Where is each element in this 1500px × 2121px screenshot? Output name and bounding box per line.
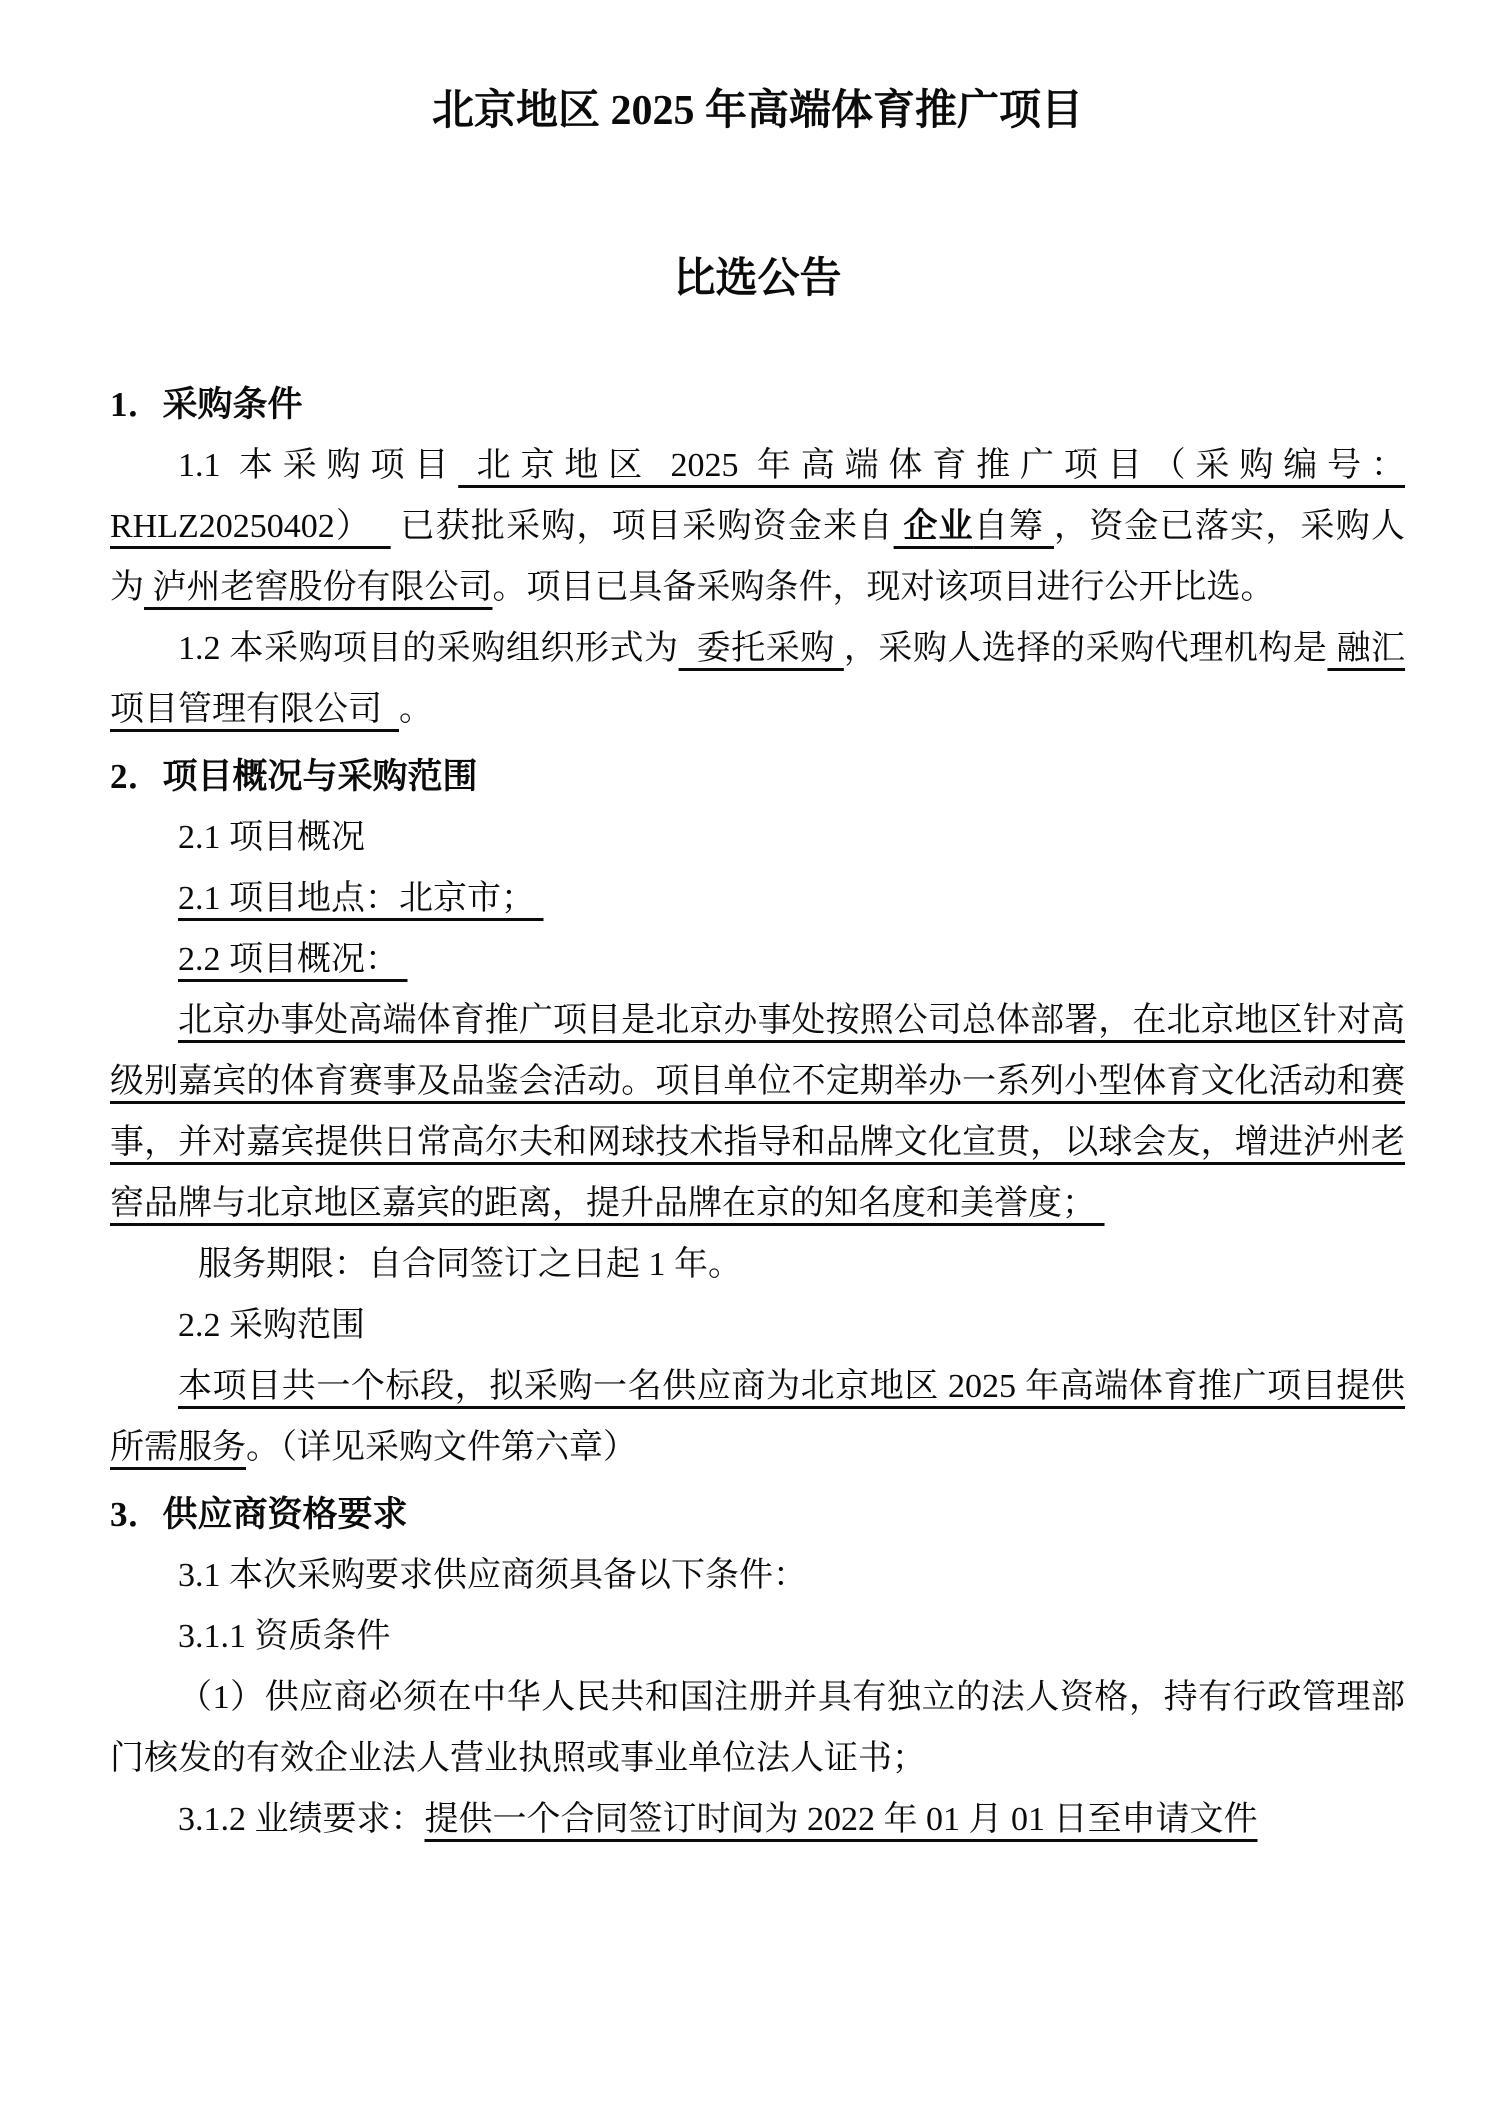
text-run-underlined: 2.2 项目概况： [178,941,408,978]
section-2-heading: 2．项目概况与采购范围 [110,746,1405,807]
text-run-underlined: 提供一个合同签订时间为 2022 年 01 月 01 日至申请文件 [425,1801,1258,1838]
para-3-1-2: 3.1.2 业绩要求：提供一个合同签订时间为 2022 年 01 月 01 日至… [110,1789,1405,1850]
para-3-1: 3.1 本次采购要求供应商须具备以下条件： [110,1545,1405,1606]
doc-title: 北京地区 2025 年高端体育推广项目 [110,86,1405,136]
text-run: 。（详见采购文件第六章） [246,1429,637,1466]
text-run: 。项目已具备采购条件，现对该项目进行公开比选。 [493,569,1275,606]
text-run: ，采购人选择的采购代理机构是 [844,630,1328,667]
para-3-1-1: 3.1.1 资质条件 [110,1606,1405,1667]
doc-subtitle: 比选公告 [110,254,1405,304]
para-2-2-scope-label: 2.2 采购范围 [110,1295,1405,1356]
para-3-1-1-item-1: （1）供应商必须在中华人民共和国注册并具有独立的法人资格，持有行政管理部门核发的… [110,1667,1405,1789]
section-1-heading: 1．采购条件 [110,374,1405,435]
para-service-period: 服务期限：自合同签订之日起 1 年。 [110,1234,1405,1295]
text-run: 1.2 本采购项目的采购组织形式为 [178,630,679,667]
para-2-1-overview-label: 2.1 项目概况 [110,807,1405,868]
para-project-overview: 北京办事处高端体育推广项目是北京办事处按照公司总体部署，在北京地区针对高级别嘉宾… [110,990,1405,1234]
text-run-underlined: 委托采购 [679,630,844,667]
para-2-2-overview-heading: 2.2 项目概况： [110,929,1405,990]
document-page: 北京地区 2025 年高端体育推广项目 比选公告 1．采购条件 1.1 本采购项… [0,0,1500,2121]
text-run-underlined: 泸州老窖股份有限公司 [144,569,493,606]
para-procurement-scope: 本项目共一个标段，拟采购一名供应商为北京地区 2025 年高端体育推广项目提供所… [110,1356,1405,1478]
section-3-heading: 3．供应商资格要求 [110,1484,1405,1545]
text-run: 3.1.2 业绩要求： [178,1801,425,1838]
para-1-1: 1.1 本采购项目 北京地区 2025 年高端体育推广项目（采购编号：RHLZ2… [110,435,1405,618]
text-run: 1.1 本采购项目 [178,447,458,484]
para-1-2: 1.2 本采购项目的采购组织形式为 委托采购 ，采购人选择的采购代理机构是 融汇… [110,618,1405,740]
text-run-underlined: 自筹 [974,508,1054,545]
text-run: 。 [399,691,433,728]
para-2-1-location: 2.1 项目地点：北京市； [110,868,1405,929]
text-run: 已获批采购，项目采购资金来自 [391,508,894,545]
text-run-bold-underlined: 企业 [894,508,974,545]
text-run-underlined: 北京办事处高端体育推广项目是北京办事处按照公司总体部署，在北京地区针对高级别嘉宾… [110,1002,1405,1222]
text-run-underlined: 2.1 项目地点：北京市； [178,880,544,917]
